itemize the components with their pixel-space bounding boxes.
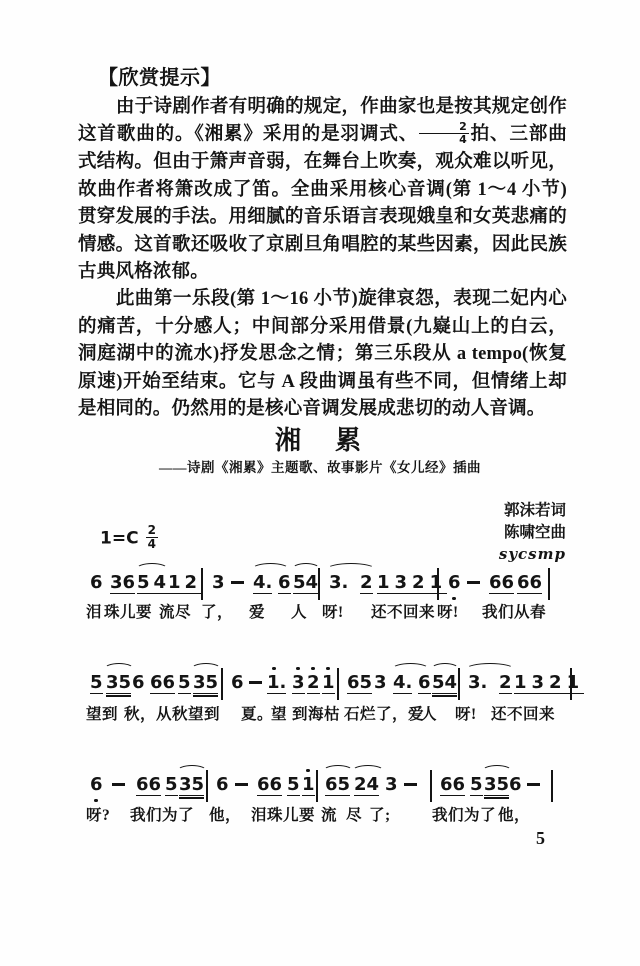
note-cluster: 3 — [212, 573, 225, 593]
note-cluster: 1 — [322, 673, 335, 694]
lyric-syllable: 我们为了 — [130, 803, 194, 825]
barline — [458, 668, 460, 700]
note-cluster: 3. — [329, 573, 348, 593]
lyric-syllable: 石烂了，爱 — [344, 702, 424, 724]
note-cluster: 3. — [468, 673, 487, 693]
lyric-syllable: 泪珠儿要 — [251, 803, 315, 825]
note-cluster: 5 — [287, 775, 300, 796]
slur-tie — [392, 663, 429, 675]
note-cluster: 54 — [137, 573, 170, 594]
lyric-syllable: 呀! — [455, 702, 477, 724]
slur-tie — [482, 765, 512, 777]
slur-tie — [352, 765, 384, 777]
note-cluster: 3 — [385, 775, 398, 795]
barline — [437, 568, 439, 600]
duration-dash — [527, 783, 540, 786]
lyric-syllable: 尽 — [346, 803, 362, 825]
note-cluster: 4. — [393, 673, 412, 694]
music-score: 636541234.6543.2132166666泪珠儿要流尽了，爱人呀!还不回… — [0, 0, 640, 966]
lyric-syllable: 了; — [369, 803, 391, 825]
note-cluster: 6 — [509, 775, 522, 795]
note-cluster: 66 — [136, 775, 161, 796]
note-cluster: 5 — [178, 673, 191, 694]
lyric-syllable: 到海枯 — [292, 702, 340, 724]
note-cluster: 35 — [193, 673, 218, 694]
lyric-syllable: 望到 — [86, 702, 118, 724]
lyric-syllable: 呀! — [437, 600, 459, 622]
slur-tie — [327, 563, 375, 575]
note-cluster: 3 — [374, 673, 387, 693]
duration-dash — [467, 581, 480, 584]
note-cluster: 3 — [292, 673, 305, 694]
barline — [570, 668, 572, 700]
note-cluster: 35 — [484, 775, 509, 796]
note-cluster: 6 — [418, 673, 431, 694]
slur-tie — [323, 765, 353, 777]
duration-dash — [249, 681, 262, 684]
note-cluster: 6 — [448, 573, 461, 593]
note-cluster: 66 — [517, 573, 542, 594]
note-cluster: 4. — [253, 573, 272, 594]
barline — [206, 770, 208, 802]
barline — [221, 668, 223, 700]
note-cluster: 66 — [257, 775, 282, 796]
page-number: 5 — [536, 828, 545, 849]
lyric-syllable: 夏。 — [241, 702, 273, 724]
barline — [430, 770, 432, 802]
note-cluster: 1. — [267, 673, 286, 694]
lyric-syllable: 我们为了 — [432, 803, 496, 825]
book-page: 【欣赏提示】 由于诗剧作者有明确的规定，作曲家也是按其规定创作这首歌曲的。《湘累… — [0, 0, 640, 966]
note-cluster: 35 — [106, 673, 131, 694]
barline — [201, 568, 203, 600]
slur-tie — [191, 663, 221, 675]
lyric-syllable: 还不回来 — [371, 600, 435, 622]
note-cluster: 65 — [347, 673, 372, 694]
note-cluster: 66 — [150, 673, 175, 694]
note-cluster: 5 — [90, 673, 103, 694]
note-cluster: 6 — [90, 775, 103, 795]
note-cluster: 5 — [470, 775, 483, 796]
lyric-syllable: 他， — [498, 803, 530, 825]
lyric-syllable: 流 — [321, 803, 337, 825]
barline — [551, 770, 553, 802]
lyric-syllable: 还不回来 — [491, 702, 555, 724]
note-cluster: 54 — [432, 673, 457, 694]
note-cluster: 2 — [307, 673, 320, 694]
note-cluster: 24 — [354, 775, 379, 796]
lyric-syllable: 流尽 — [159, 600, 191, 622]
note-cluster: 66 — [440, 775, 465, 796]
lyric-syllable: 人 — [291, 600, 307, 622]
note-cluster: 2 — [360, 573, 373, 594]
lyric-syllable: 呀? — [86, 803, 110, 825]
lyric-syllable: 他， — [209, 803, 241, 825]
note-cluster: 65 — [325, 775, 350, 796]
barline — [337, 668, 339, 700]
duration-dash — [231, 581, 244, 584]
duration-dash — [235, 783, 248, 786]
barline — [316, 770, 318, 802]
lyric-syllable: 珠儿要 — [104, 600, 152, 622]
lyric-syllable: 我们从春 — [482, 600, 546, 622]
note-cluster: 6 — [216, 775, 229, 795]
note-cluster: 6 — [231, 673, 244, 693]
barline — [548, 568, 550, 600]
lyric-syllable: 望 — [271, 702, 287, 724]
note-cluster: 2 — [499, 673, 512, 694]
slur-tie — [431, 663, 459, 675]
duration-dash — [404, 783, 417, 786]
lyric-syllable: 呀! — [322, 600, 344, 622]
note-cluster: 6 — [278, 573, 291, 594]
lyric-syllable: 了， — [201, 600, 233, 622]
note-cluster: 66 — [489, 573, 514, 594]
note-cluster: 12 — [168, 573, 201, 594]
barline — [318, 568, 320, 600]
slur-tie — [104, 663, 134, 675]
note-cluster: 54 — [293, 573, 318, 594]
slur-tie — [136, 563, 168, 575]
note-cluster: 1321 — [514, 673, 584, 694]
slur-tie — [252, 563, 289, 575]
lyric-syllable: 秋，从秋望到 — [124, 702, 220, 724]
note-cluster: 35 — [179, 775, 204, 796]
note-cluster: 36 — [110, 573, 135, 594]
lyric-syllable: 泪 — [86, 600, 102, 622]
note-cluster: 1 — [302, 775, 315, 796]
duration-dash — [112, 783, 125, 786]
slur-tie — [292, 563, 320, 575]
note-cluster: 6 — [90, 573, 103, 593]
lyric-syllable: 人 — [421, 702, 437, 724]
note-cluster: 5 — [165, 775, 178, 796]
slur-tie — [177, 765, 207, 777]
note-cluster: 6 — [132, 673, 145, 693]
slur-tie — [466, 663, 514, 675]
lyric-syllable: 爱 — [249, 600, 265, 622]
